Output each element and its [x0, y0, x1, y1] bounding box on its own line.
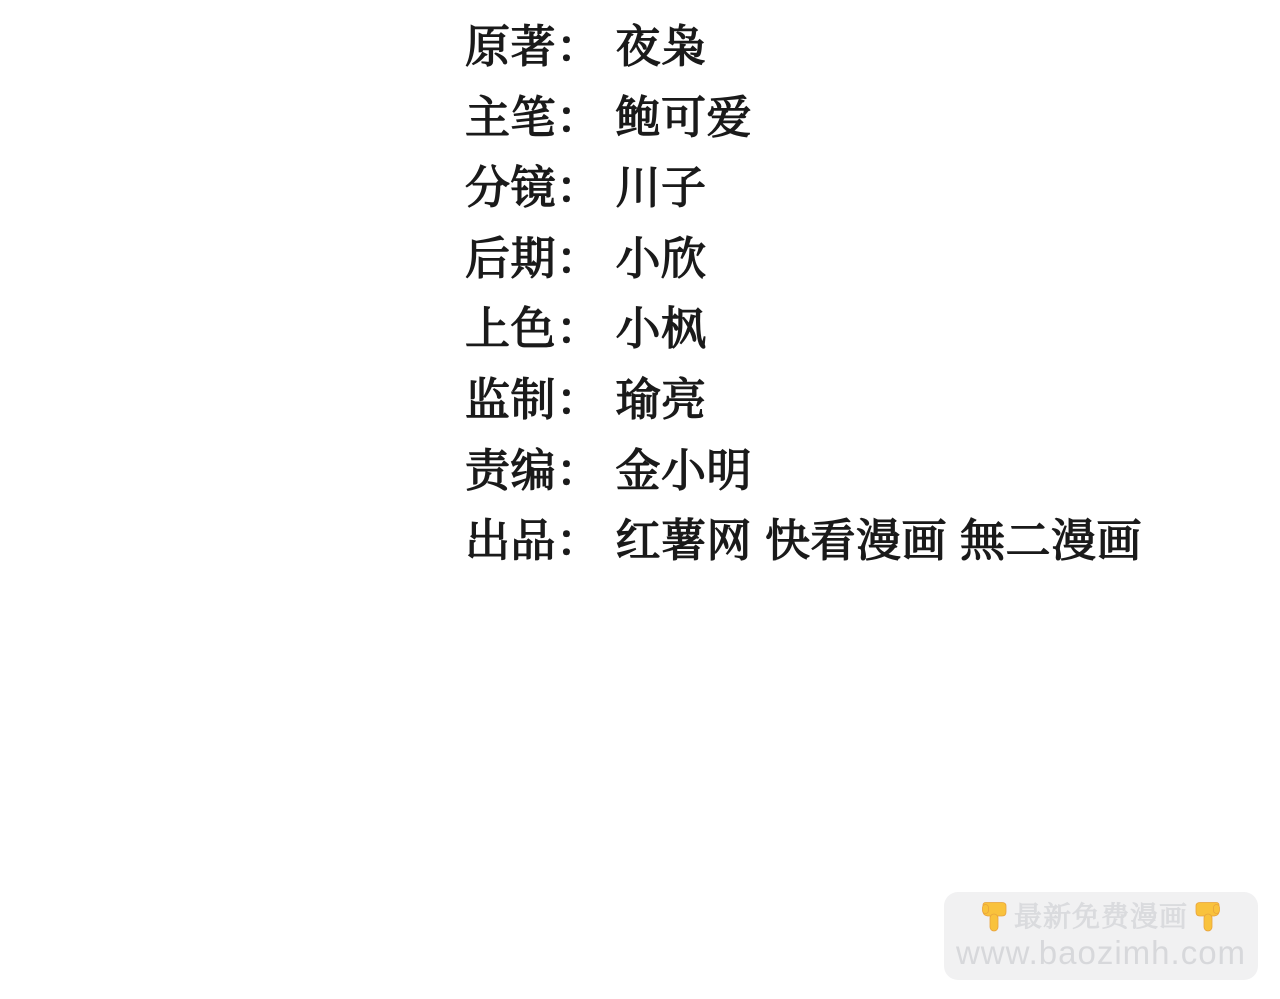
credit-label: 上色 [465, 294, 556, 365]
point-down-hand-icon [980, 901, 1008, 933]
credit-value: 鲍可爱 [616, 83, 753, 154]
credit-label: 责编 [465, 436, 556, 507]
watermark-url: www.baozimh.com [956, 935, 1246, 971]
credit-label: 后期 [465, 224, 556, 295]
credit-colon: ： [556, 224, 602, 295]
credit-colon: ： [556, 436, 602, 507]
comic-credits-page: 原著：夜枭 主笔：鲍可爱 分镜：川子 后期：小欣 上色：小枫 监制：瑜亮 责编：… [0, 0, 1280, 999]
credit-row-coloring: 上色：小枫 [465, 294, 1142, 365]
credit-label: 出品 [465, 506, 556, 577]
credit-row-post-production: 后期：小欣 [465, 224, 1142, 295]
credit-row-storyboard: 分镜：川子 [465, 153, 1142, 224]
credit-row-supervisor: 监制：瑜亮 [465, 365, 1142, 436]
credit-label: 原著 [465, 12, 556, 83]
credit-value: 小枫 [616, 294, 707, 365]
credit-colon: ： [556, 83, 602, 154]
watermark-title-row: 最新免费漫画 [980, 901, 1222, 933]
watermark-title: 最新免费漫画 [1014, 902, 1188, 932]
watermark-badge: 最新免费漫画 www.baozimh.com [944, 892, 1258, 980]
credit-label: 监制 [465, 365, 556, 436]
credit-label: 主笔 [465, 83, 556, 154]
credit-colon: ： [556, 12, 602, 83]
credit-colon: ： [556, 506, 602, 577]
credit-row-editor: 责编：金小明 [465, 436, 1142, 507]
credit-row-original-author: 原著：夜枭 [465, 12, 1142, 83]
credit-value: 金小明 [616, 436, 753, 507]
credit-row-lead-artist: 主笔：鲍可爱 [465, 83, 1142, 154]
credit-colon: ： [556, 153, 602, 224]
credit-value: 夜枭 [616, 12, 707, 83]
credit-colon: ： [556, 294, 602, 365]
credits-block: 原著：夜枭 主笔：鲍可爱 分镜：川子 后期：小欣 上色：小枫 监制：瑜亮 责编：… [465, 12, 1142, 577]
point-down-hand-icon [1194, 901, 1222, 933]
credit-row-producer: 出品：红薯网 快看漫画 無二漫画 [465, 506, 1142, 577]
credit-label: 分镜 [465, 153, 556, 224]
credit-colon: ： [556, 365, 602, 436]
credit-value: 川子 [616, 153, 707, 224]
credit-value: 小欣 [616, 224, 707, 295]
credit-value: 瑜亮 [616, 365, 707, 436]
credit-value: 红薯网 快看漫画 無二漫画 [616, 506, 1143, 577]
